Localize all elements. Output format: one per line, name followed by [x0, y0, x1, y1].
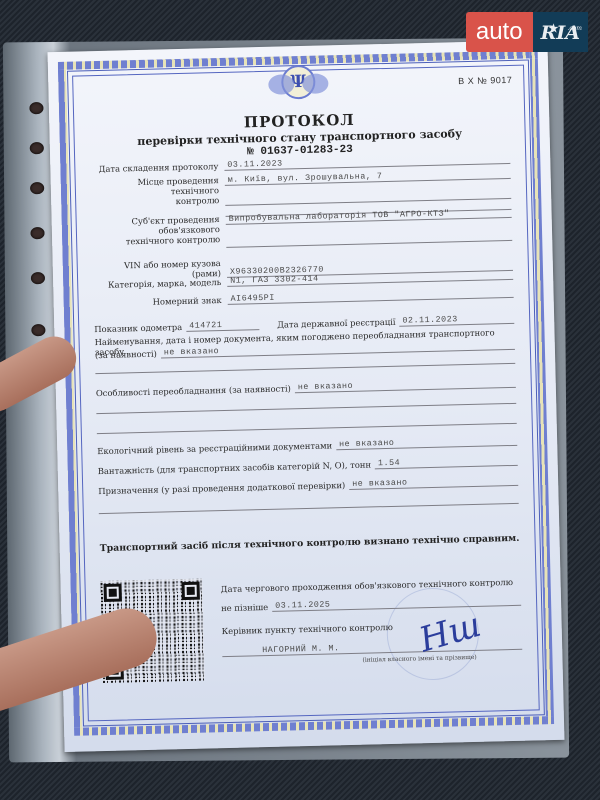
autoria-watermark-logo: auto ★ RIA .com — [466, 12, 588, 52]
punch-hole — [30, 142, 44, 154]
field-label: Місце проведення технічного контролю — [91, 175, 226, 208]
field-label: Суб'єкт проведення обов'язкового технічн… — [92, 214, 227, 247]
punch-hole — [31, 272, 45, 284]
punch-hole — [29, 102, 43, 114]
punch-hole — [30, 227, 44, 239]
field-label: не пізніше — [221, 602, 272, 613]
print-marking: · · · — [518, 716, 524, 721]
logo-ria-text: ★ RIA .com — [533, 12, 588, 52]
field-value: 414721 — [186, 319, 259, 332]
punch-hole — [31, 324, 45, 336]
form-serial-number: В Х № 9017 — [458, 75, 512, 86]
trident-coat-of-arms-icon: Ψ — [268, 59, 329, 104]
punch-hole — [30, 182, 44, 194]
field-label: (за наявності) — [95, 349, 161, 361]
logo-auto-text: auto — [466, 12, 533, 52]
star-icon: ★ — [549, 8, 559, 50]
